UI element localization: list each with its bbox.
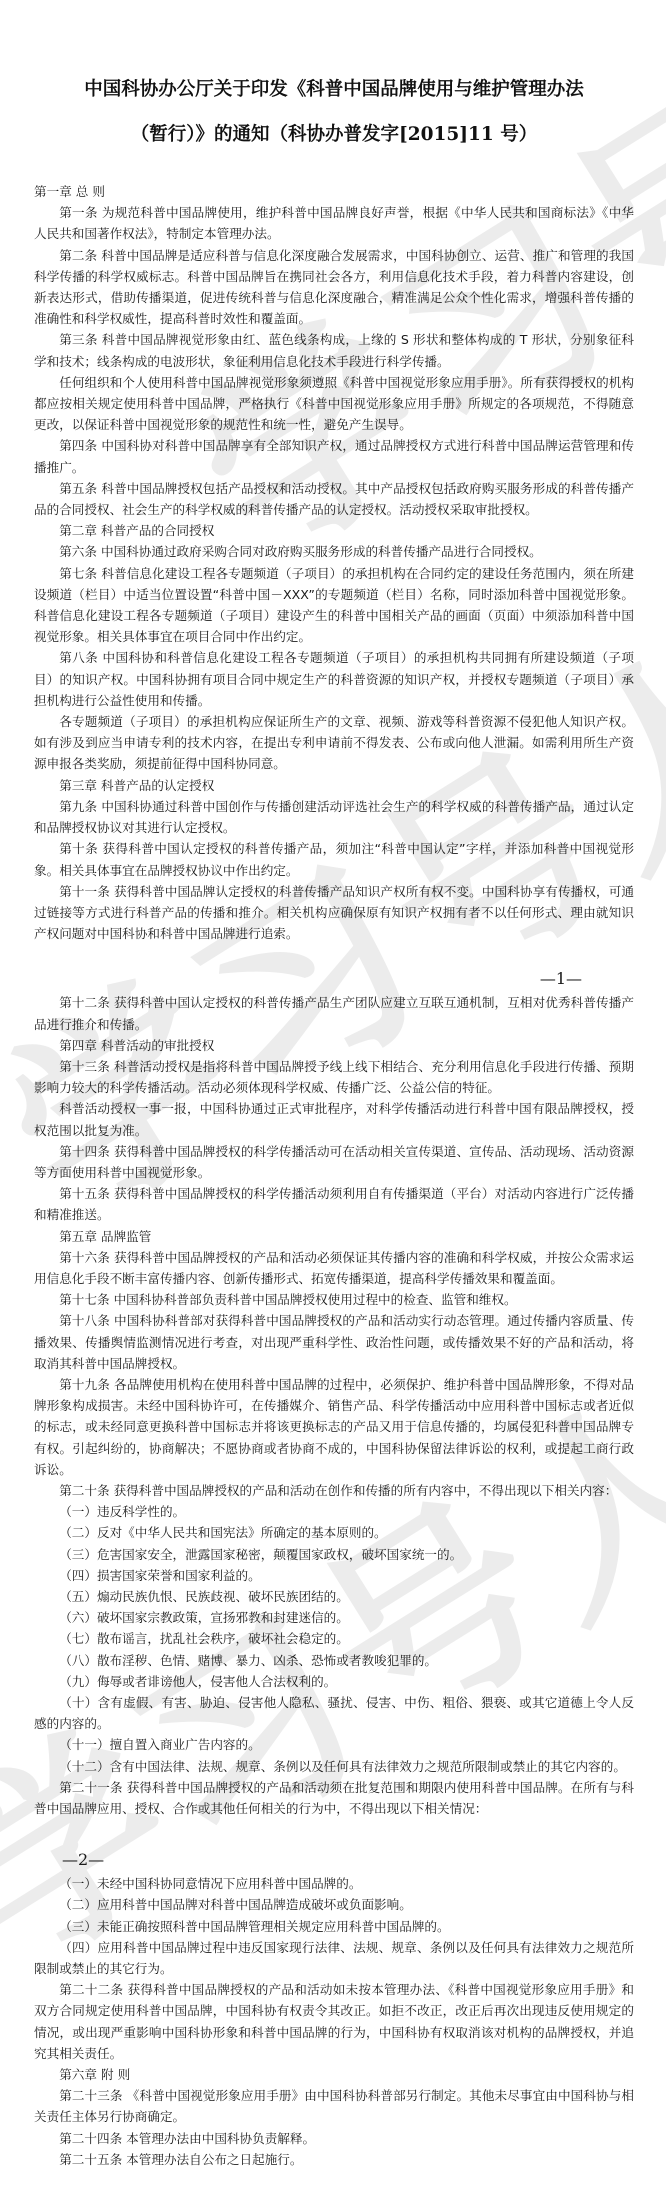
title-line-2: （暂行）》的通知（科协办普发字[2015]11 号） — [34, 112, 634, 157]
chapter-heading: 第一章 总 则 — [34, 181, 634, 202]
paragraph: 第三章 科普产品的认定授权 — [34, 775, 634, 796]
paragraph: （四）损害国家荣誉和国家利益的。 — [34, 1565, 634, 1586]
paragraph: 第十条 获得科普中国认定授权的科普传播产品，须加注“科普中国认定”字样，并添加科… — [34, 838, 634, 880]
title-line-1: 中国科协办公厅关于印发《科普中国品牌使用与维护管理办法 — [34, 67, 634, 112]
section-c: （一）未经中国科协同意情况下应用科普中国品牌的。（二）应用科普中国品牌对科普中国… — [34, 1873, 634, 2170]
paragraph: 第四章 科普活动的审批授权 — [34, 1035, 634, 1056]
paragraph: （二）反对《中华人民共和国宪法》所确定的基本原则的。 — [34, 1522, 634, 1543]
paragraph: （九）侮辱或者诽谤他人，侵害他人合法权利的。 — [34, 1671, 634, 1692]
paragraph: 第六章 附 则 — [34, 2064, 634, 2085]
paragraph: 第六条 中国科协通过政府采购合同对政府购买服务形成的科普传播产品进行合同授权。 — [34, 541, 634, 562]
paragraph: 第二条 科普中国品牌是适应科普与信息化深度融合发展需求，中国科协创立、运营、推广… — [34, 245, 634, 330]
paragraph: 第十三条 科普活动授权是指将科普中国品牌授予线上线下相结合、充分利用信息化手段进… — [34, 1056, 634, 1098]
paragraph: （七）散布谣言，扰乱社会秩序，破坏社会稳定的。 — [34, 1628, 634, 1649]
paragraph: 第五条 科普中国品牌授权包括产品授权和活动授权。其中产品授权包括政府购买服务形成… — [34, 478, 634, 520]
paragraph: 第十一条 获得科普中国品牌认定授权的科普传播产品知识产权所有权不变。中国科协享有… — [34, 881, 634, 945]
section-b: 第十二条 获得科普中国认定授权的科普传播产品生产团队应建立互联互通机制，互相对优… — [34, 992, 634, 1819]
paragraph: 第二章 科普产品的合同授权 — [34, 520, 634, 541]
paragraph: 第一条 为规范科普中国品牌使用，维护科普中国品牌良好声誉，根据《中华人民共和国商… — [34, 202, 634, 244]
paragraph: 第十四条 获得科普中国品牌授权的科学传播活动可在活动相关宣传渠道、宣传品、活动现… — [34, 1141, 634, 1183]
paragraph: 第八条 中国科协和科普信息化建设工程各专题频道（子项目）的承担机构共同拥有所建设… — [34, 647, 634, 711]
page-number-1: —1— — [34, 966, 634, 992]
paragraph: 各专题频道（子项目）的承担机构应保证所生产的文章、视频、游戏等科普资源不侵犯他人… — [34, 711, 634, 775]
paragraph: （三）危害国家安全，泄露国家秘密，颠覆国家政权，破坏国家统一的。 — [34, 1544, 634, 1565]
paragraph: 第二十二条 获得科普中国品牌授权的产品和活动如未按本管理办法、《科普中国视觉形象… — [34, 1979, 634, 2064]
paragraph: 第四条 中国科协对科普中国品牌享有全部知识产权，通过品牌授权方式进行科普中国品牌… — [34, 435, 634, 477]
paragraph: 第十八条 中国科协科普部对获得科普中国品牌授权的产品和活动实行动态管理。通过传播… — [34, 1310, 634, 1374]
paragraph: 第二十四条 本管理办法由中国科协负责解释。 — [34, 2128, 634, 2149]
paragraph: （二）应用科普中国品牌对科普中国品牌造成破坏或负面影响。 — [34, 1894, 634, 1915]
paragraph: 任何组织和个人使用科普中国品牌视觉形象须遵照《科普中国视觉形象应用手册》。所有获… — [34, 372, 634, 436]
paragraph: 科普活动授权一事一报，中国科协通过正式审批程序，对科学传播活动进行科普中国有限品… — [34, 1098, 634, 1140]
paragraph: 第十九条 各品牌使用机构在使用科普中国品牌的过程中，必须保护、维护科普中国品牌形… — [34, 1374, 634, 1480]
paragraph: （十一）擅自置入商业广告内容的。 — [34, 1734, 634, 1755]
paragraph: 第七条 科普信息化建设工程各专题频道（子项目）的承担机构在合同约定的建设任务范围… — [34, 563, 634, 648]
paragraph: 第十二条 获得科普中国认定授权的科普传播产品生产团队应建立互联互通机制，互相对优… — [34, 992, 634, 1034]
paragraph: （一）违反科学性的。 — [34, 1501, 634, 1522]
paragraph: （八）散布淫秽、色情、赌博、暴力、凶杀、恐怖或者教唆犯罪的。 — [34, 1650, 634, 1671]
paragraph: 第二十三条 《科普中国视觉形象应用手册》由中国科协科普部另行制定。其他未尽事宜由… — [34, 2085, 634, 2127]
paragraph: （三）未能正确按照科普中国品牌管理相关规定应用科普中国品牌的。 — [34, 1916, 634, 1937]
paragraph: （十二）含有中国法律、法规、规章、条例以及任何具有法律效力之规范所限制或禁止的其… — [34, 1756, 634, 1777]
paragraph: （五）煽动民族仇恨、民族歧视、破坏民族团结的。 — [34, 1586, 634, 1607]
paragraph: （四）应用科普中国品牌过程中违反国家现行法律、法规、规章、条例以及任何具有法律效… — [34, 1937, 634, 1979]
document-body: 第一章 总 则 第一条 为规范科普中国品牌使用，维护科普中国品牌良好声誉，根据《… — [34, 181, 634, 2170]
paragraph: 第十六条 获得科普中国品牌授权的产品和活动必须保证其传播内容的准确和科学权威，并… — [34, 1247, 634, 1289]
paragraph: 第三条 科普中国品牌视觉形象由红、蓝色线条构成，上缘的 S 形状和整体构成的 T… — [34, 329, 634, 371]
paragraph: 第二十一条 获得科普中国品牌授权的产品和活动须在批复范围和期限内使用科普中国品牌… — [34, 1777, 634, 1819]
document-page: 中国科协办公厅关于印发《科普中国品牌使用与维护管理办法 （暂行）》的通知（科协办… — [0, 0, 666, 2170]
paragraph: 第二十五条 本管理办法自公布之日起施行。 — [34, 2149, 634, 2170]
paragraph: 第九条 中国科协通过科普中国创作与传播创建活动评选社会生产的科学权威的科普传播产… — [34, 796, 634, 838]
document-title: 中国科协办公厅关于印发《科普中国品牌使用与维护管理办法 （暂行）》的通知（科协办… — [34, 0, 634, 157]
paragraph: （六）破坏国家宗教政策，宣扬邪教和封建迷信的。 — [34, 1607, 634, 1628]
page-number-2: —2— — [34, 1847, 634, 1873]
paragraph: （一）未经中国科协同意情况下应用科普中国品牌的。 — [34, 1873, 634, 1894]
paragraph: 第五章 品牌监管 — [34, 1226, 634, 1247]
section-a: 第一条 为规范科普中国品牌使用，维护科普中国品牌良好声誉，根据《中华人民共和国商… — [34, 202, 634, 944]
paragraph: 第十五条 获得科普中国品牌授权的科学传播活动须利用自有传播渠道（平台）对活动内容… — [34, 1183, 634, 1225]
paragraph: 第二十条 获得科普中国品牌授权的产品和活动在创作和传播的所有内容中，不得出现以下… — [34, 1480, 634, 1501]
paragraph: （十）含有虚假、有害、胁迫、侵害他人隐私、骚扰、侵害、中伤、粗俗、猥亵、或其它道… — [34, 1692, 634, 1734]
paragraph: 第十七条 中国科协科普部负责科普中国品牌授权使用过程中的检查、监管和维权。 — [34, 1289, 634, 1310]
